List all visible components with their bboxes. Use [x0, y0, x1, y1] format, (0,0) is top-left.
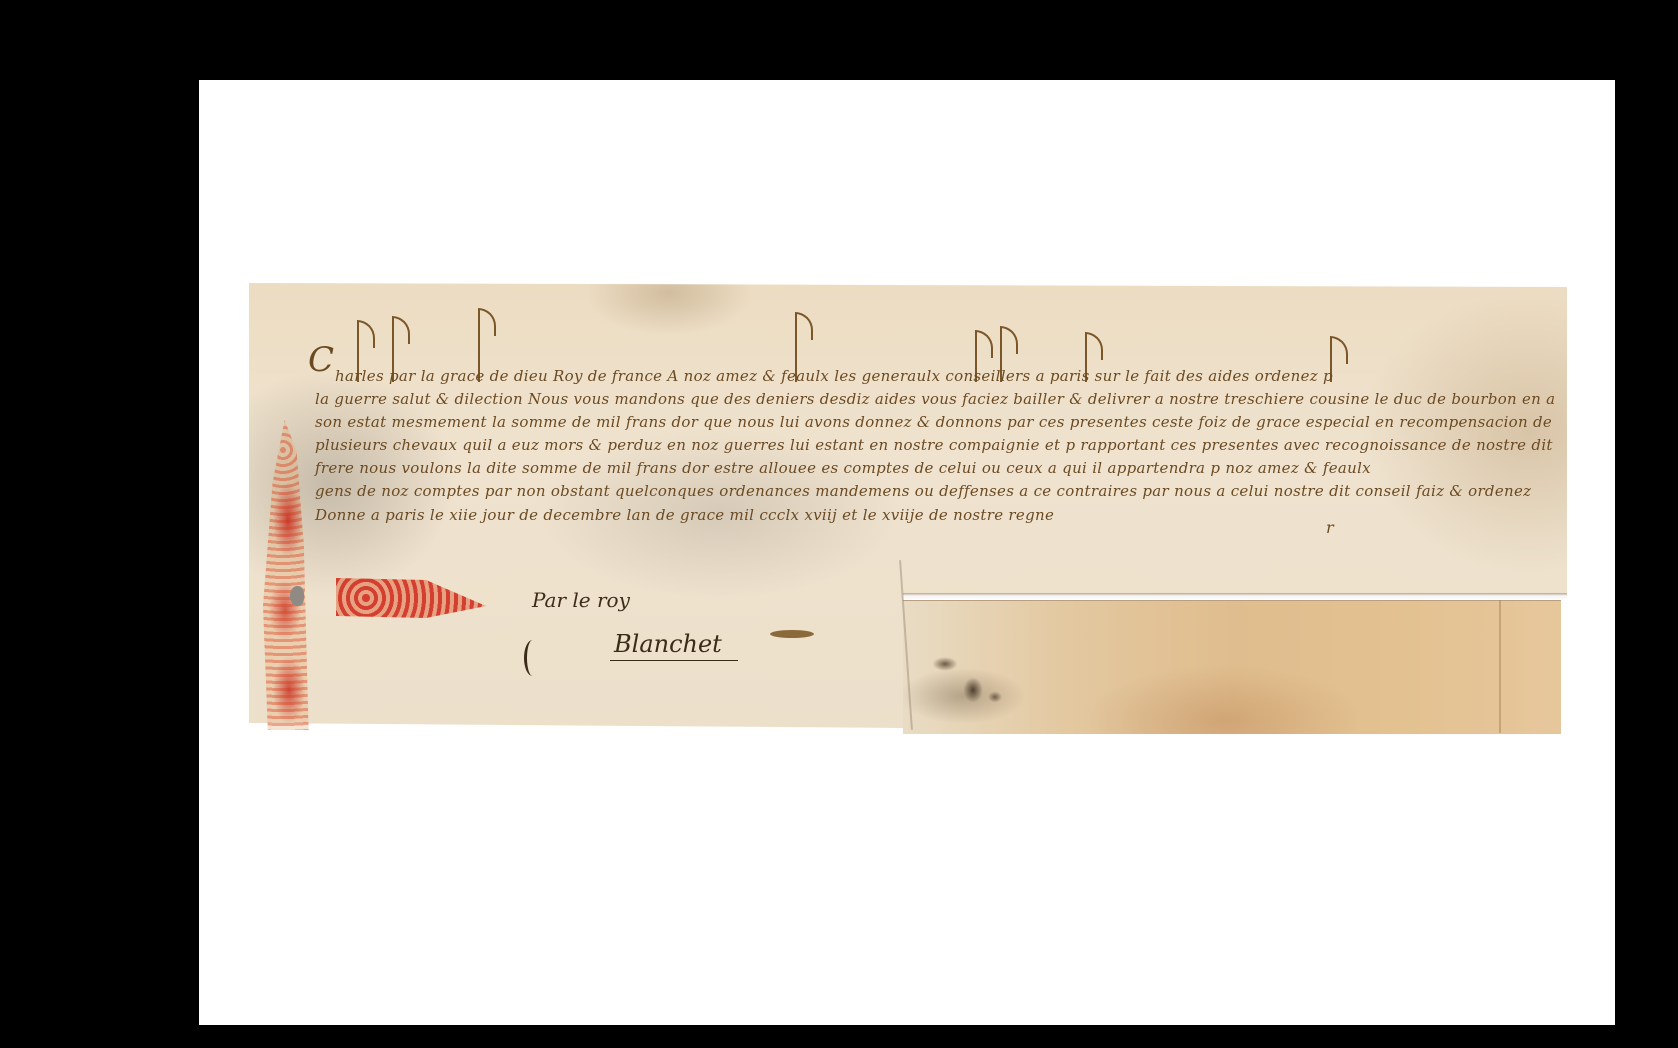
subscription-par-le-roy: Par le roy — [532, 588, 630, 612]
text-line-5: frere nous voulons la dite somme de mil … — [315, 459, 1555, 477]
manuscript-document: C harles par la grace de dieu Roy de fra… — [0, 0, 1678, 1048]
text-line-7-dating-clause: Donne a paris le xiie jour de decembre l… — [315, 506, 1115, 524]
seal-attachment-hole — [290, 586, 304, 606]
text-line-3: son estat mesmement la somme de mil fran… — [315, 413, 1555, 431]
signature-flourish — [524, 640, 541, 676]
text-line-1: harles par la grace de dieu Roy de franc… — [335, 367, 1575, 385]
strip-fold-line — [1499, 600, 1501, 733]
secretary-signature: Blanchet — [610, 630, 738, 661]
tear-slit — [903, 593, 1567, 600]
text-line-4: plusieurs chevaux quil a euz mors & perd… — [315, 436, 1555, 454]
decorated-initial: C — [308, 340, 334, 380]
text-line-2: la guerre salut & dilection Nous vous ma… — [315, 390, 1550, 408]
signature-paraph — [770, 630, 814, 638]
dark-stain — [925, 652, 1015, 712]
text-line-6: gens de noz comptes par non obstant quel… — [315, 482, 1555, 500]
margin-mark: r — [1326, 518, 1334, 537]
